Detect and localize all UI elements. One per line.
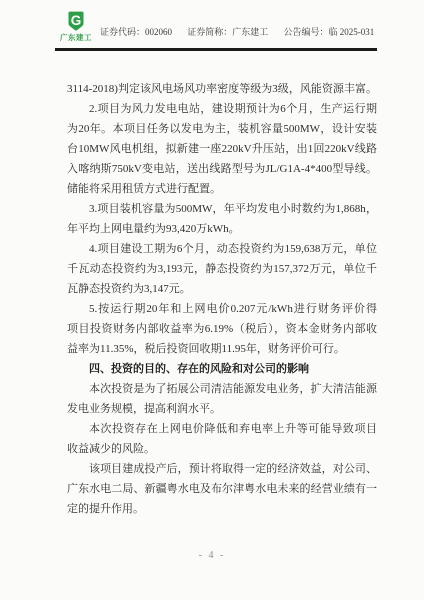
body-line: 千瓦动态投资约为3,193元，静态投资约为157,372万元，单位千 — [67, 259, 377, 279]
logo-wordmark: 广东建工 — [60, 34, 92, 42]
body-line: 为20年。本项目任务以发电为主，装机容量500MW，设计安装50 — [67, 119, 377, 139]
body-line: 2.项目为风力发电电站，建设期预计为6个月，生产运行期 — [67, 99, 377, 119]
body-line: 益率为11.35%，税后投资回收期11.95年，财务评价可行。 — [67, 339, 377, 359]
body-line: 3.项目装机容量为500MW，年平均发电小时数约为1,868h， — [67, 199, 377, 219]
body-line: 4.项目建设工期为6个月，动态投资约为159,638万元，单位 — [67, 239, 377, 259]
body-line: 5.按运行期20年和上网电价0.207元/kWh进行财务评价得出： — [67, 299, 377, 319]
body-line: 储能将采用租赁方式进行配置。 — [67, 179, 377, 199]
body-line: 本次投资存在上网电价降低和弃电率上升等可能导致项目 — [67, 419, 377, 439]
body-line: 收益减少的风险。 — [67, 439, 377, 459]
g-shield-icon: G — [64, 9, 88, 33]
body-line: 该项目建成投产后，预计将取得一定的经济效益，对公司、 — [67, 459, 377, 479]
body-line: 台10MW风电机组，拟新建一座220kV升压站，出1回220kV线路接 — [67, 139, 377, 159]
announcement-number: 公告编号：临 2025-031 — [284, 27, 375, 37]
company-logo: G 广东建工 — [60, 9, 92, 42]
stock-code: 证券代码：002060 — [100, 27, 172, 37]
body-line: 3114-2018)判定该风电场风功率密度等级为3级，风能资源丰富。 — [67, 79, 377, 99]
header-divider — [55, 48, 377, 51]
svg-text:G: G — [71, 13, 82, 28]
page-number: - 4 - — [0, 550, 424, 561]
body-line: 瓦静态投资约为3,147元。 — [67, 279, 377, 299]
body-line: 年平均上网电量约为93,420万kWh。 — [67, 219, 377, 239]
body-line: 发电业务规模，提高利润水平。 — [67, 399, 377, 419]
body-line: 广东水电二局、新疆粤水电及布尔津粤水电未来的经营业绩有一 — [67, 479, 377, 499]
body-line: 项目投资财务内部收益率为6.19%（税后），资本金财务内部收 — [67, 319, 377, 339]
body-line: 定的提升作用。 — [67, 499, 377, 519]
body-line: 入喀纳斯750kV变电站，送出线路型号为JL/G1A-4*400型导线。 — [67, 159, 377, 179]
header-meta: 证券代码：002060 证券简称：广东建工 公告编号：临 2025-031 — [100, 27, 368, 38]
document-page: G 广东建工 证券代码：002060 证券简称：广东建工 公告编号：临 2025… — [0, 0, 424, 600]
section-heading: 四、投资的目的、存在的风险和对公司的影响 — [67, 359, 377, 379]
stock-abbr: 证券简称：广东建工 — [187, 27, 268, 37]
body-line: 本次投资是为了拓展公司清洁能源发电业务，扩大清洁能源 — [67, 379, 377, 399]
document-body: 3114-2018)判定该风电场风功率密度等级为3级，风能资源丰富。2.项目为风… — [67, 79, 377, 519]
